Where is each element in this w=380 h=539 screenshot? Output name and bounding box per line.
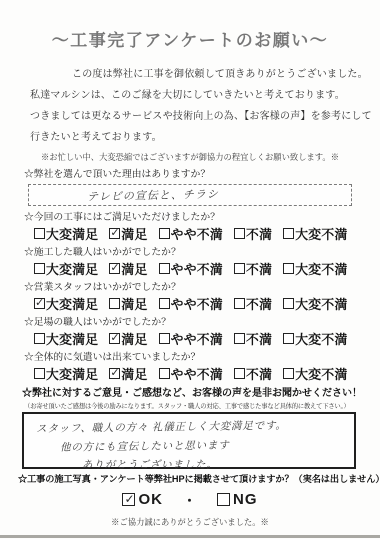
intro-text: この度は弊社に工事を御依頼して頂きありがとうございました。 私達マルシンは、この… xyxy=(0,64,380,148)
checkbox-icon[interactable] xyxy=(122,493,135,506)
rating-option-label: やや不満 xyxy=(171,294,223,313)
rating-option-label: 満足 xyxy=(121,259,147,278)
rating-option-label: 不満 xyxy=(246,224,272,243)
thanks-note: ※ご協力誠にありがとうございました。※ xyxy=(0,516,380,528)
rating-option-label: 大変不満 xyxy=(295,329,347,348)
choice-separator: ・ xyxy=(183,490,197,509)
ok-option[interactable]: OK xyxy=(122,491,163,508)
handwritten-feedback-line: 他の方にも宣伝したいと思います xyxy=(24,432,354,456)
rating-option[interactable]: 不満 xyxy=(234,294,272,313)
rating-option-label: 大変満足 xyxy=(46,224,98,243)
rating-option[interactable]: やや不満 xyxy=(159,294,223,313)
rating-option-label: 大変不満 xyxy=(295,294,347,313)
question-scaffold-label: ☆足場の職人はいかがでしたか？ xyxy=(24,317,380,329)
rating-option-label: やや不満 xyxy=(171,329,223,348)
question-overall-label: ☆全体的に気遣いは出来ていましたか？ xyxy=(24,352,380,364)
feedback-label: ☆弊社に対するご意見・ご感想など、お客様の声を是非お聞かせください！ xyxy=(22,388,380,400)
ng-label: NG xyxy=(233,491,258,508)
rating-row-craftsman: 大変満足 満足 やや不満 不満 大変不満 xyxy=(34,261,380,276)
checkbox-icon[interactable] xyxy=(159,228,170,239)
handwritten-reason: テレビの宣伝と、チラシ xyxy=(87,186,219,205)
rating-option[interactable]: 不満 xyxy=(234,259,272,278)
rating-option-label: 不満 xyxy=(246,259,272,278)
checkbox-icon[interactable] xyxy=(234,263,245,274)
checkbox-icon[interactable] xyxy=(159,368,170,379)
rating-option[interactable]: 不満 xyxy=(234,364,272,383)
question-craftsman-label: ☆施工した職人はいかがでしたか？ xyxy=(24,247,380,259)
question-reason-label: ☆弊社を選んで頂いた理由はありますか？ xyxy=(24,169,380,181)
checkbox-icon[interactable] xyxy=(283,298,294,309)
reason-answer-box[interactable]: テレビの宣伝と、チラシ xyxy=(28,184,352,206)
rating-option-label: 不満 xyxy=(246,294,272,313)
checkbox-icon[interactable] xyxy=(283,263,294,274)
rating-option[interactable]: やや不満 xyxy=(159,259,223,278)
checkbox-icon[interactable] xyxy=(283,333,294,344)
rating-option-label: やや不満 xyxy=(171,224,223,243)
rating-row-work: 大変満足 満足 やや不満 不満 大変不満 xyxy=(34,226,380,241)
rating-option[interactable]: 満足 xyxy=(109,224,147,243)
question-work-label: ☆今回の工事にはご満足いただけましたか？ xyxy=(24,212,380,224)
checkbox-icon[interactable] xyxy=(34,298,45,309)
checkbox-icon[interactable] xyxy=(34,368,45,379)
handwritten-feedback-line: ありがとうございました。 xyxy=(24,453,354,472)
checkbox-icon[interactable] xyxy=(234,333,245,344)
rating-option[interactable]: 満足 xyxy=(109,364,147,383)
rating-option-label: 大変満足 xyxy=(46,259,98,278)
rating-option[interactable]: 大変満足 xyxy=(34,259,98,278)
page-bottom-edge xyxy=(0,535,380,538)
ok-label: OK xyxy=(138,491,163,508)
intro-line: この度は弊社に工事を御依頼して頂きありがとうございました。 xyxy=(0,64,380,85)
checkbox-icon[interactable] xyxy=(159,333,170,344)
rating-option-label: 満足 xyxy=(121,224,147,243)
checkbox-icon[interactable] xyxy=(109,368,120,379)
rating-option[interactable]: やや不満 xyxy=(159,329,223,348)
rating-option[interactable]: 大変不満 xyxy=(283,259,347,278)
feedback-note: （お寄せ頂いたご感想は今後の励みになります。スタッフ・職人の対応、工事で感じた事… xyxy=(24,401,380,410)
checkbox-icon[interactable] xyxy=(34,228,45,239)
rating-option-label: 大変満足 xyxy=(46,294,98,313)
rating-option-label: 大変不満 xyxy=(295,364,347,383)
rating-option[interactable]: 満足 xyxy=(109,259,147,278)
rating-option[interactable]: 大変満足 xyxy=(34,224,98,243)
question-sales-label: ☆営業スタッフはいかがでしたか？ xyxy=(24,282,380,294)
checkbox-icon[interactable] xyxy=(109,333,120,344)
rating-option-label: 不満 xyxy=(246,329,272,348)
checkbox-icon[interactable] xyxy=(283,368,294,379)
checkbox-icon[interactable] xyxy=(159,298,170,309)
intro-line: 私達マルシンは、このご縁を大切にしていきたいと考えております。 xyxy=(0,85,380,106)
rating-row-sales: 大変満足 満足 やや不満 不満 大変不満 xyxy=(34,296,380,311)
checkbox-icon[interactable] xyxy=(109,298,120,309)
rating-option[interactable]: 大変満足 xyxy=(34,294,98,313)
rating-option[interactable]: 大変不満 xyxy=(283,224,347,243)
rating-option-label: 満足 xyxy=(121,294,147,313)
rating-option-label: 満足 xyxy=(121,364,147,383)
checkbox-icon[interactable] xyxy=(234,298,245,309)
survey-page: ～工事完了アンケートのお願い～ この度は弊社に工事を御依頼して頂きありがとうござ… xyxy=(0,0,380,539)
rating-option[interactable]: 大変満足 xyxy=(34,329,98,348)
publish-choice-row: OK ・ NG xyxy=(0,490,380,509)
rating-option[interactable]: 大変満足 xyxy=(34,364,98,383)
rating-option-label: 満足 xyxy=(121,329,147,348)
intro-line: つきましては更なるサービスや技術向上の為、【お客様の声】を参考にして xyxy=(0,106,380,127)
checkbox-icon[interactable] xyxy=(234,368,245,379)
rating-option-label: 不満 xyxy=(246,364,272,383)
rating-option[interactable]: 大変不満 xyxy=(283,364,347,383)
rating-option[interactable]: 満足 xyxy=(109,294,147,313)
rating-option[interactable]: 不満 xyxy=(234,329,272,348)
checkbox-icon[interactable] xyxy=(34,263,45,274)
checkbox-icon[interactable] xyxy=(234,228,245,239)
rating-option[interactable]: 不満 xyxy=(234,224,272,243)
rating-option-label: 大変不満 xyxy=(295,224,347,243)
rating-row-overall: 大変満足 満足 やや不満 不満 大変不満 xyxy=(34,366,380,381)
rating-option-label: やや不満 xyxy=(171,259,223,278)
rating-option[interactable]: 大変不満 xyxy=(283,294,347,313)
rating-option[interactable]: やや不満 xyxy=(159,364,223,383)
rating-row-scaffold: 大変満足 満足 やや不満 不満 大変不満 xyxy=(34,331,380,346)
checkbox-icon[interactable] xyxy=(109,263,120,274)
rating-option-label: 大変不満 xyxy=(295,259,347,278)
rating-option[interactable]: やや不満 xyxy=(159,224,223,243)
checkbox-icon[interactable] xyxy=(283,228,294,239)
publish-question-label: ☆工事の施工写真・アンケート等弊社HPに掲載させて頂けますか？（実名は出しません… xyxy=(18,471,380,485)
checkbox-icon[interactable] xyxy=(34,333,45,344)
rating-option-label: やや不満 xyxy=(171,364,223,383)
feedback-answer-box[interactable]: スタッフ、職人の方々 礼儀正しく大変満足です。 他の方にも宣伝したいと思います … xyxy=(22,412,356,469)
checkbox-icon[interactable] xyxy=(159,263,170,274)
page-title: ～工事完了アンケートのお願い～ xyxy=(0,0,380,51)
checkbox-icon[interactable] xyxy=(109,228,120,239)
ng-option[interactable]: NG xyxy=(217,491,258,508)
rating-option[interactable]: 満足 xyxy=(109,329,147,348)
rating-option-label: 大変満足 xyxy=(46,329,98,348)
cooperation-note: ※お忙しい中、大変恐縮ではございますが御協力の程宜しくお願い致します。※ xyxy=(0,151,380,163)
rating-option[interactable]: 大変不満 xyxy=(283,329,347,348)
checkbox-icon[interactable] xyxy=(217,493,230,506)
rating-option-label: 大変満足 xyxy=(46,364,98,383)
intro-line: 行きたいと考えております。 xyxy=(0,127,380,148)
